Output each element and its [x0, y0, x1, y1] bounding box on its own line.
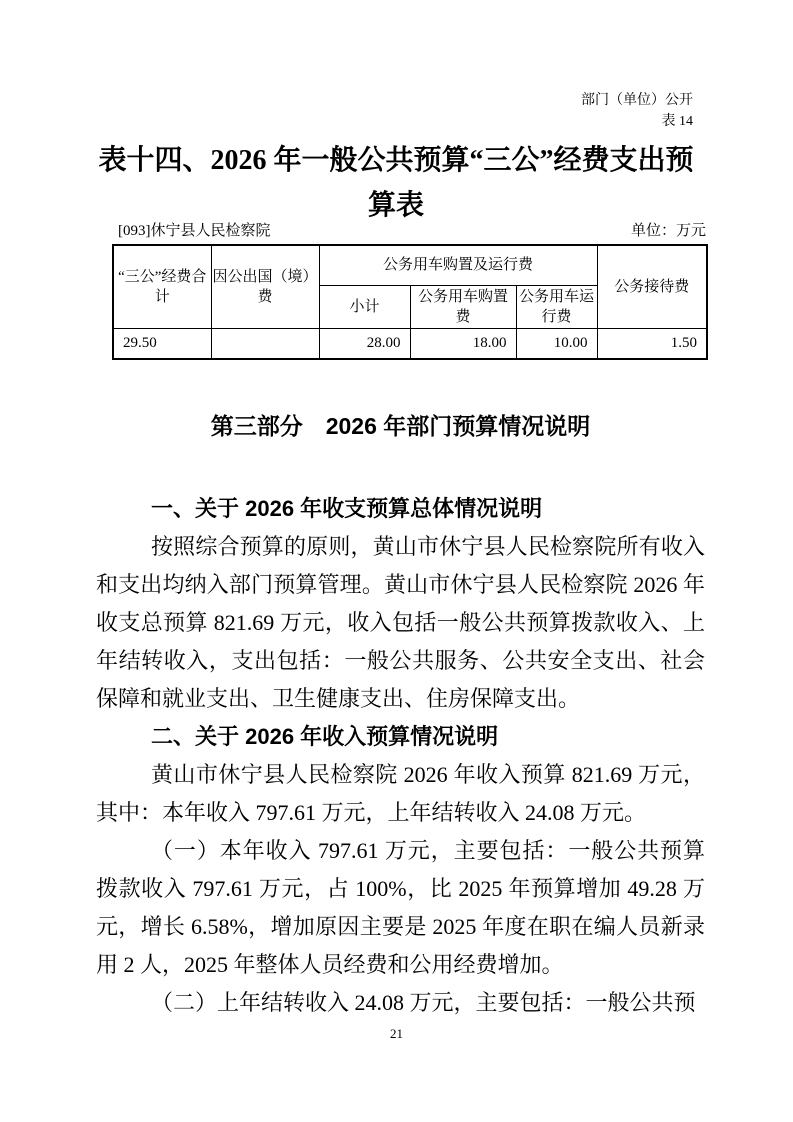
section-title: 第三部分 2026 年部门预算情况说明: [96, 409, 705, 443]
header-three-public-total: “三公”经费合计: [113, 245, 211, 328]
page-number: 21: [0, 1026, 793, 1042]
paragraph: 黄山市休宁县人民检察院 2026 年收入预算 821.69 万元，其中：本年收入…: [96, 756, 705, 832]
body-text-block: 一、关于 2026 年收支预算总体情况说明 按照综合预算的原则，黄山市休宁县人民…: [96, 490, 705, 1022]
paragraph: （二）上年结转收入 24.08 万元，主要包括：一般公共预: [96, 984, 705, 1022]
cell-vehicle-operation: 10.00: [516, 328, 597, 359]
cell-vehicle-purchase: 18.00: [410, 328, 516, 359]
page-header-right: 部门（单位）公开 表 14: [581, 90, 693, 132]
paragraph: 按照综合预算的原则，黄山市休宁县人民检察院所有收入和支出均纳入部门预算管理。黄山…: [96, 528, 705, 718]
header-vehicle-operation: 公务用车运行费: [516, 285, 597, 328]
header-vehicle-subtotal: 小计: [319, 285, 410, 328]
header-vehicle-purchase: 公务用车购置费: [410, 285, 516, 328]
document-page: 部门（单位）公开 表 14 表十四、2026 年一般公共预算“三公”经费支出预算…: [0, 0, 793, 1122]
budget-table: “三公”经费合计 因公出国（境）费 公务用车购置及运行费 公务接待费 小计 公务…: [112, 244, 708, 360]
header-reception-fee: 公务接待费: [597, 245, 707, 328]
publish-scope-label: 部门（单位）公开: [581, 90, 693, 111]
header-vehicle-group: 公务用车购置及运行费: [319, 245, 597, 285]
subsection-heading-2: 二、关于 2026 年收入预算情况说明: [96, 718, 705, 756]
page-title: 表十四、2026 年一般公共预算“三公”经费支出预算表: [86, 138, 706, 228]
cell-three-public-total: 29.50: [113, 328, 211, 359]
cell-reception-fee: 1.50: [597, 328, 707, 359]
table-meta-row: [093]休宁县人民检察院 单位：万元: [112, 221, 706, 241]
subsection-heading-1: 一、关于 2026 年收支预算总体情况说明: [96, 490, 705, 528]
header-abroad-fee: 因公出国（境）费: [211, 245, 319, 328]
paragraph: （一）本年收入 797.61 万元，主要包括：一般公共预算拨款收入 797.61…: [96, 832, 705, 984]
table-row: 29.50 28.00 18.00 10.00 1.50: [113, 328, 707, 359]
cell-vehicle-subtotal: 28.00: [319, 328, 410, 359]
unit-label: 单位：万元: [631, 221, 706, 241]
cell-abroad-fee: [211, 328, 319, 359]
department-label: [093]休宁县人民检察院: [112, 221, 271, 241]
table-number-label: 表 14: [581, 111, 693, 132]
